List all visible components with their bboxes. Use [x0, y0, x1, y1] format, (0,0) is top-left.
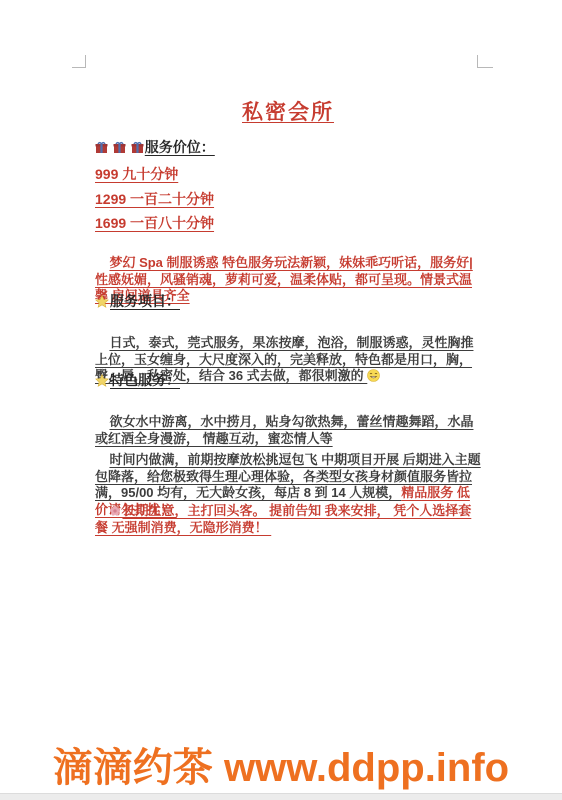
watermark-banner-text: 滴滴约茶 www.ddpp.info [53, 746, 509, 790]
watermark-banner: 滴滴约茶 www.ddpp.info [0, 744, 562, 792]
gift-icon [113, 141, 126, 154]
service-items-heading-text: 服务项目： [110, 293, 180, 309]
star-icon [95, 374, 109, 387]
service-items-heading: 服务项目： [95, 292, 481, 311]
price-line: 1299 一百二十分钟 [95, 191, 481, 208]
document-page: 私密会所 服务价位： 999 九十分钟 1299 一百二十分钟 1699 一百八… [0, 0, 562, 800]
price-line: 999 九十分钟 [95, 166, 481, 183]
special-services-heading-text: 特色服务： [110, 372, 180, 388]
pricing-heading-text: 服务价位： [145, 139, 215, 155]
page-title-text: 私密会所 [242, 101, 334, 124]
price-line: 1699 一百八十分钟 [95, 215, 481, 232]
page-title: 私密会所 [95, 100, 481, 126]
gift-icon [95, 141, 108, 154]
special-services-heading: 特色服务： [95, 371, 481, 390]
gift-icon [131, 141, 144, 154]
pricing-heading: 服务价位： [95, 138, 481, 157]
star-icon [95, 295, 109, 308]
flower-icon [109, 505, 121, 517]
margin-crop-mark-top-right [477, 55, 493, 68]
closing-paragraph: 长期生意，主打回头客。 提前告知 我来安排， 凭个人选择套餐 无强制消费，无隐形… [95, 486, 481, 553]
margin-crop-mark-top-left [72, 55, 86, 68]
bottom-edge-strip [0, 793, 562, 800]
